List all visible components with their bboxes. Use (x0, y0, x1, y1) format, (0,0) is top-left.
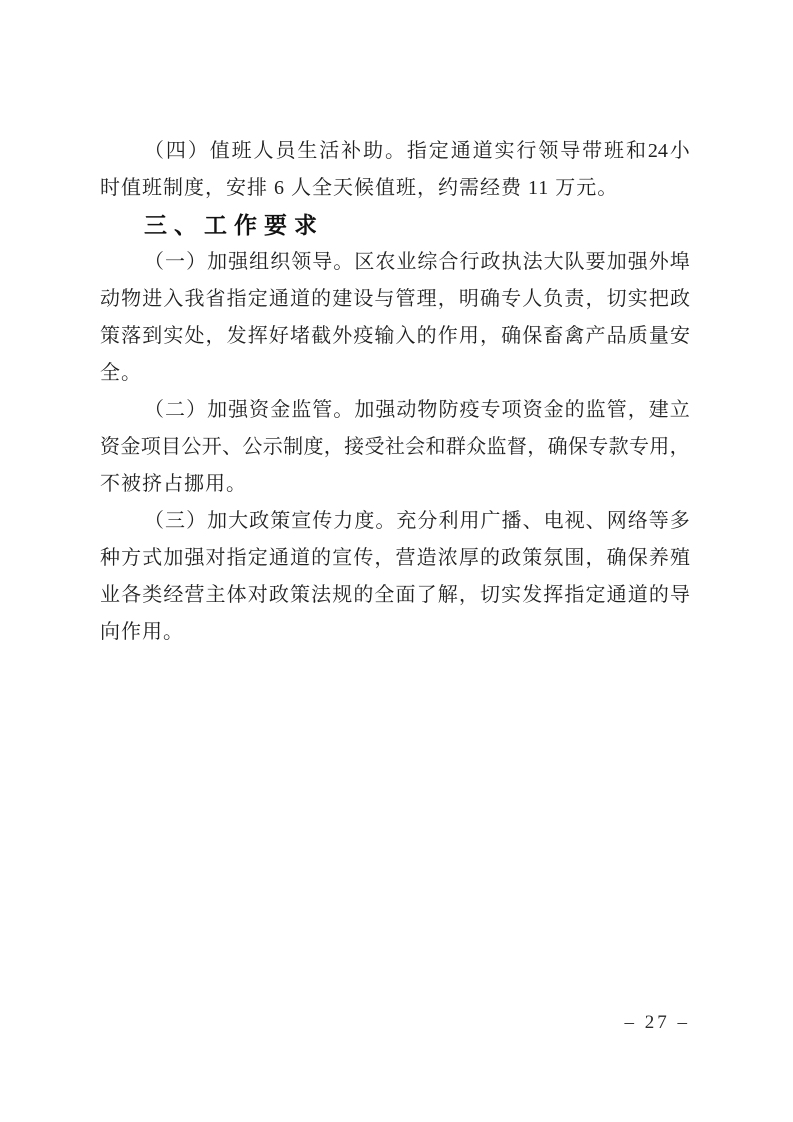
paragraph-two-line-1: （二）加强资金监管。加强动物防疫专项资金的监管，建立 (100, 392, 690, 429)
paragraph-three-line-1: （三）加大政策宣传力度。充分利用广播、电视、网络等多 (100, 503, 690, 540)
paragraph-three-line-3: 业各类经营主体对政策法规的全面了解，切实发挥指定通道的导 (100, 577, 690, 614)
paragraph-one-line-2: 动物进入我省指定通道的建设与管理，明确专人负责，切实把政 (100, 281, 690, 318)
paragraph-one-line-1: （一）加强组织领导。区农业综合行政执法大队要加强外埠 (100, 244, 690, 281)
paragraph-four-line-1: （四）值班人员生活补助。指定通道实行领导带班和24小 (100, 133, 690, 170)
document-body: （四）值班人员生活补助。指定通道实行领导带班和24小 时值班制度，安排 6 人全… (100, 133, 690, 651)
paragraph-four-line-2: 时值班制度，安排 6 人全天候值班，约需经费 11 万元。 (100, 170, 690, 207)
paragraph-one-line-4: 全。 (100, 355, 690, 392)
paragraph-three-line-4: 向作用。 (100, 614, 690, 651)
page-number: – 27 – (625, 1010, 691, 1036)
paragraph-three-line-2: 种方式加强对指定通道的宣传，营造浓厚的政策氛围，确保养殖 (100, 540, 690, 577)
paragraph-one-line-3: 策落到实处，发挥好堵截外疫输入的作用，确保畜禽产品质量安 (100, 318, 690, 355)
section-heading: 三、工作要求 (100, 207, 690, 244)
paragraph-two-line-3: 不被挤占挪用。 (100, 466, 690, 503)
paragraph-two-line-2: 资金项目公开、公示制度，接受社会和群众监督，确保专款专用， (100, 429, 690, 466)
document-page: （四）值班人员生活补助。指定通道实行领导带班和24小 时值班制度，安排 6 人全… (0, 0, 793, 1122)
